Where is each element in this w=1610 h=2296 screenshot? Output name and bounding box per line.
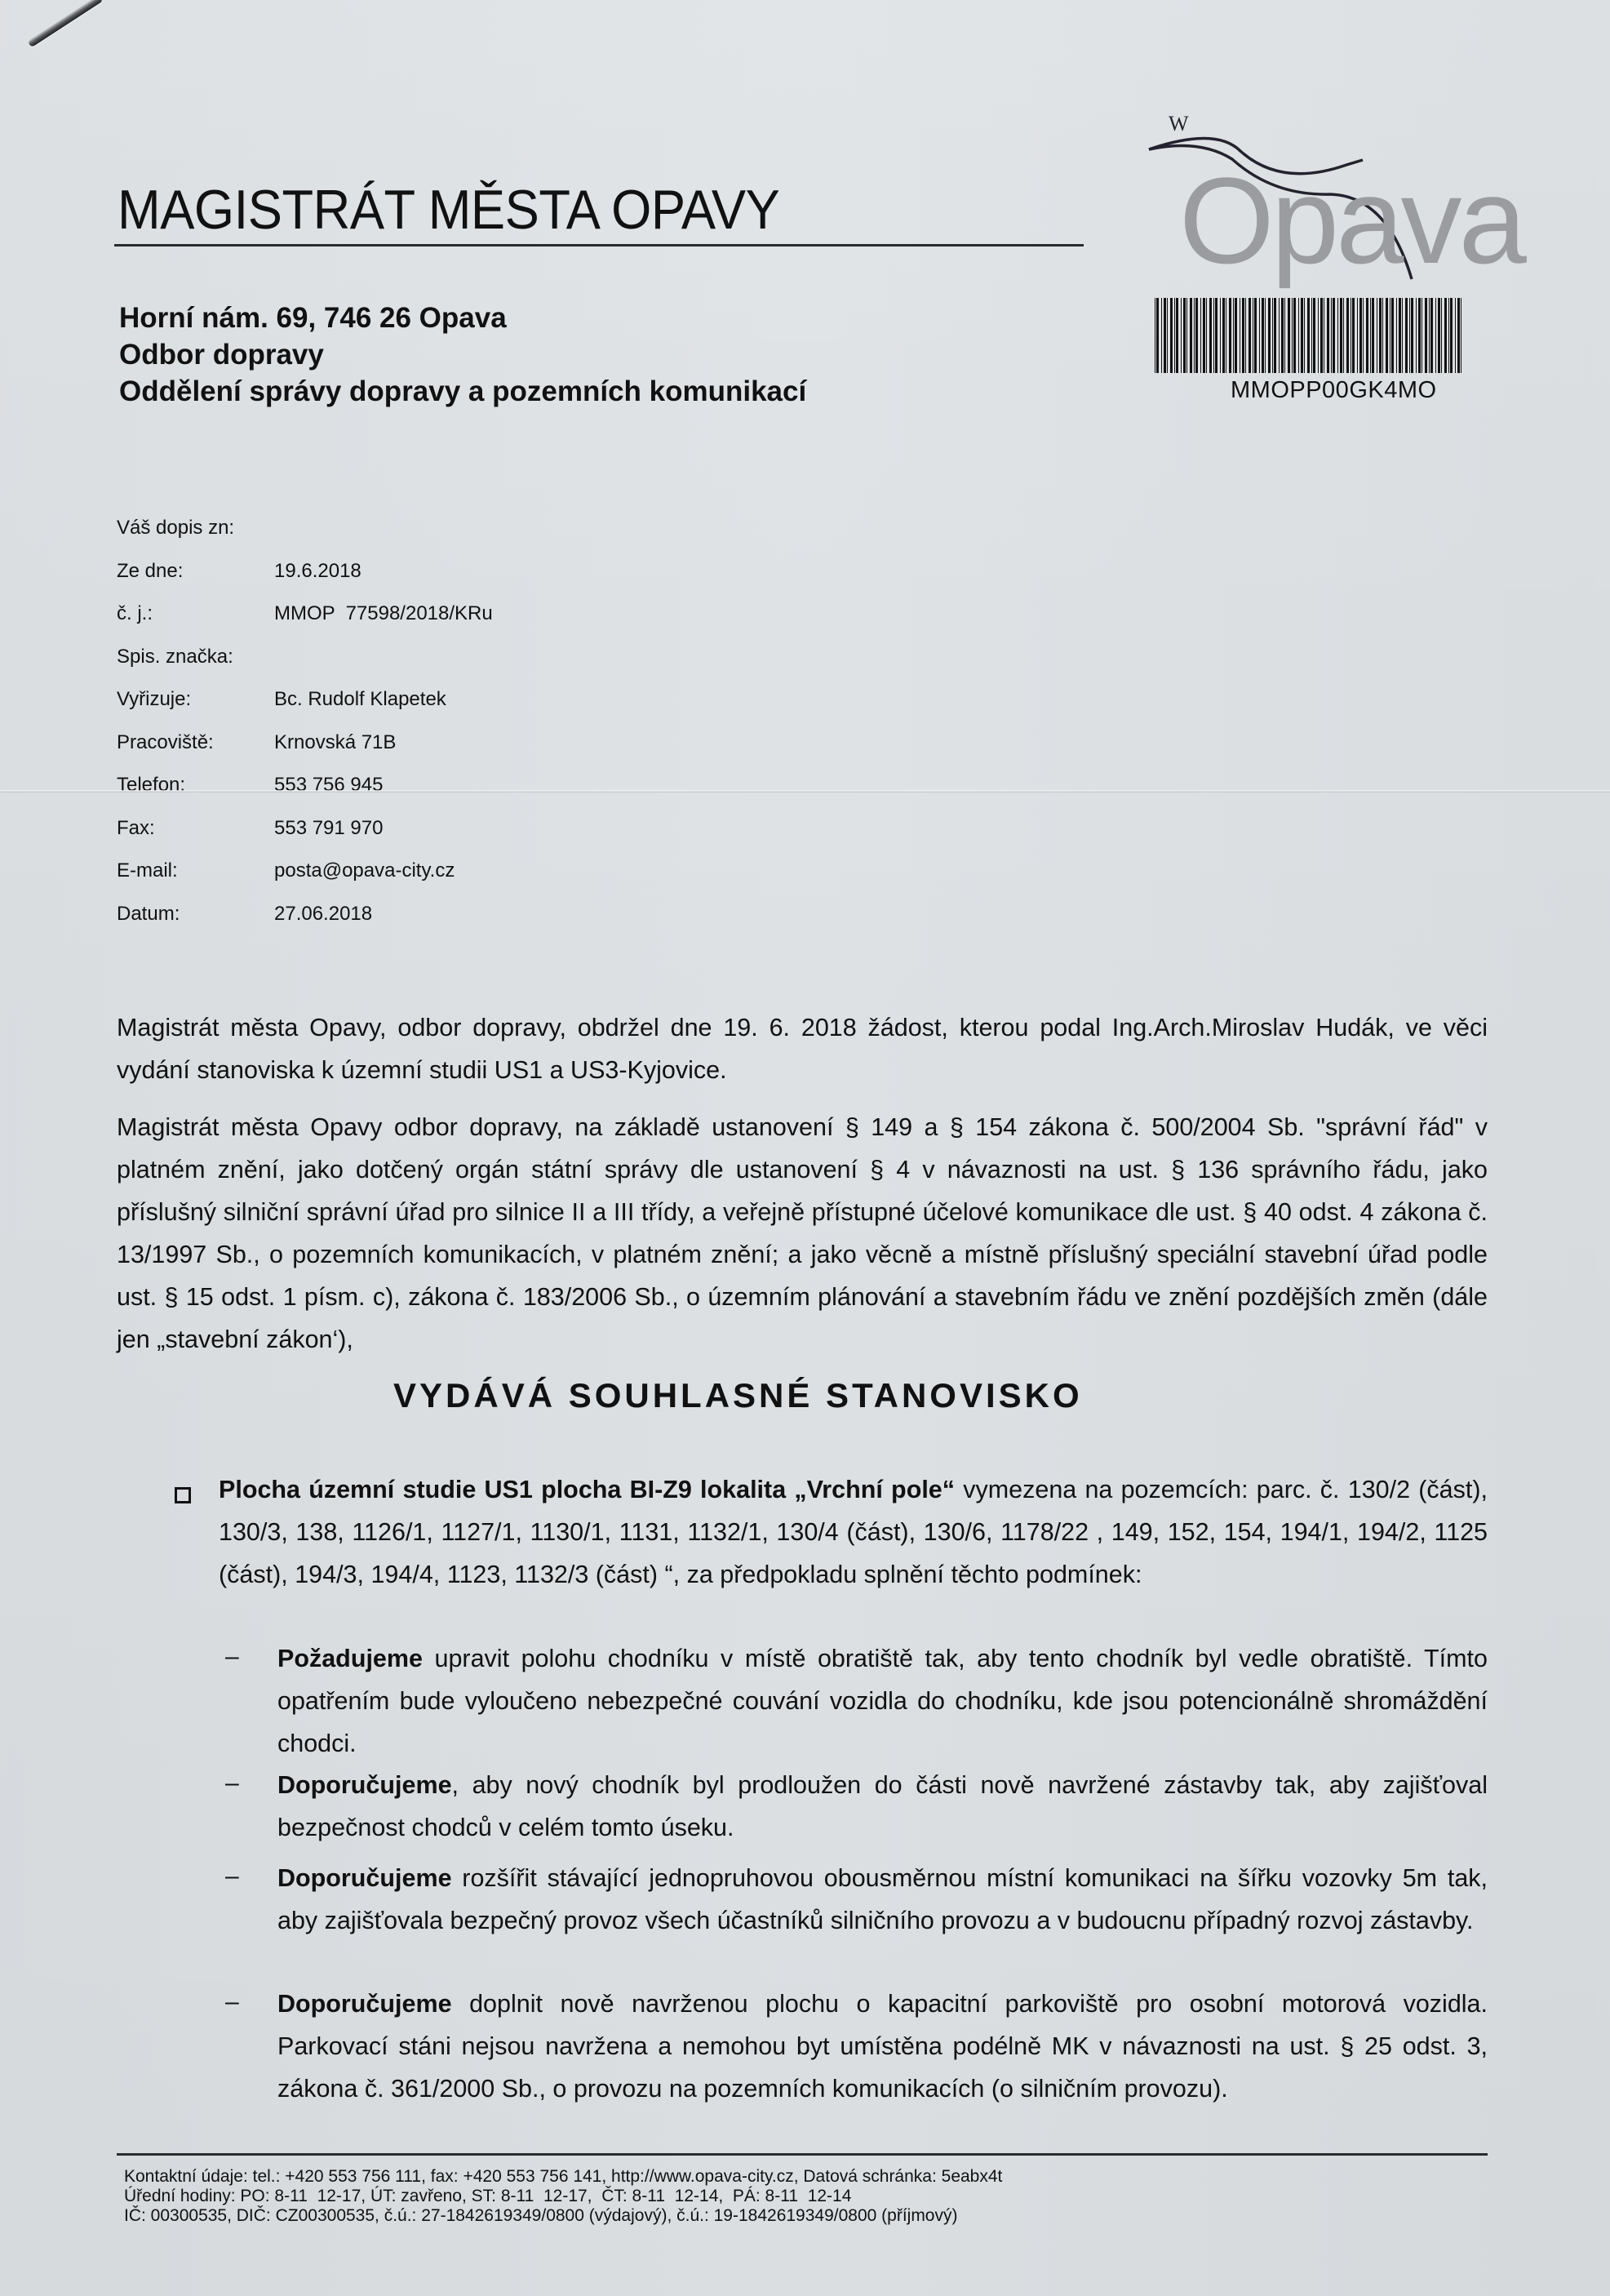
barcode-id: MMOPP00GK4MO	[1231, 377, 1437, 404]
meta-label: Váš dopis zn:	[117, 517, 274, 540]
footer-divider	[117, 2153, 1488, 2156]
meta-value: 553 791 970	[274, 817, 383, 840]
meta-row-date-of-letter: Ze dne:19.6.2018	[117, 560, 493, 603]
meta-label: Pracoviště:	[117, 731, 274, 754]
condition-item: Požadujeme upravit polohu chodníku v mís…	[277, 1637, 1488, 1765]
condition-keyword: Doporučujeme	[277, 1864, 452, 1892]
meta-row-reference-number: č. j.:MMOP 77598/2018/KRu	[117, 602, 493, 646]
meta-row-file-mark: Spis. značka:	[117, 646, 493, 689]
condition-text: rozšířit stávající jednopruhovou obousmě…	[277, 1864, 1488, 1934]
condition-keyword: Doporučujeme	[277, 1771, 452, 1799]
meta-row-phone: Telefon:553 756 945	[117, 774, 493, 817]
condition-item: Doporučujeme, aby nový chodník byl prodl…	[277, 1764, 1488, 1849]
condition-text: upravit polohu chodníku v místě obratišt…	[277, 1645, 1488, 1757]
meta-row-fax: Fax:553 791 970	[117, 817, 493, 860]
meta-label: Telefon:	[117, 774, 274, 797]
meta-label: Datum:	[117, 903, 274, 926]
dash-bullet-icon: –	[225, 1770, 239, 1797]
meta-row-email: E-mail:posta@opava-city.cz	[117, 859, 493, 903]
dash-bullet-icon: –	[225, 1643, 239, 1671]
study-area-title: Plocha územní studie US1 plocha BI-Z9 lo…	[219, 1476, 955, 1503]
meta-label: E-mail:	[117, 859, 274, 882]
paper-fold-crease	[0, 790, 1610, 793]
condition-keyword: Doporučujeme	[277, 1990, 452, 2018]
meta-value: MMOP 77598/2018/KRu	[274, 602, 493, 625]
section-line: Oddělení správy dopravy a pozemních komu…	[119, 373, 806, 410]
address-line: Horní nám. 69, 746 26 Opava	[119, 300, 806, 336]
sender-address: Horní nám. 69, 746 26 Opava Odbor doprav…	[119, 300, 806, 410]
footer-contact-info: Kontaktní údaje: tel.: +420 553 756 111,…	[124, 2167, 1002, 2226]
condition-keyword: Požadujeme	[277, 1645, 423, 1672]
meta-value: 27.06.2018	[274, 903, 372, 926]
meta-value: 19.6.2018	[274, 560, 361, 583]
meta-label: Vyřizuje:	[117, 688, 274, 711]
meta-row-workplace: Pracoviště:Krnovská 71B	[117, 731, 493, 775]
staple-mark	[28, 0, 104, 47]
condition-item: Doporučujeme rozšířit stávající jednopru…	[277, 1857, 1488, 1942]
logo-wordmark: Opava	[1179, 159, 1524, 282]
condition-item: Doporučujeme doplnit nově navrženou ploc…	[277, 1983, 1488, 2110]
meta-row-date: Datum:27.06.2018	[117, 903, 493, 946]
dash-bullet-icon: –	[225, 1863, 239, 1890]
meta-label: Spis. značka:	[117, 646, 274, 668]
meta-value: posta@opava-city.cz	[274, 859, 455, 882]
meta-label: č. j.:	[117, 602, 274, 625]
meta-label: Fax:	[117, 817, 274, 840]
meta-value: Bc. Rudolf Klapetek	[274, 688, 446, 711]
study-area-item: Plocha územní studie US1 plocha BI-Z9 lo…	[219, 1468, 1488, 1596]
footer-office-hours: Úřední hodiny: PO: 8-11 12-17, ÚT: zavře…	[124, 2187, 1002, 2206]
dash-bullet-icon: –	[225, 1988, 239, 2016]
reference-metadata: Váš dopis zn: Ze dne:19.6.2018 č. j.:MMO…	[117, 517, 493, 945]
condition-text: , aby nový chodník byl prodloužen do čás…	[277, 1771, 1488, 1841]
footer-company-ids: IČ: 00300535, DIČ: CZ00300535, č.ú.: 27-…	[124, 2206, 1002, 2226]
intro-paragraph: Magistrát města Opavy, odbor dopravy, ob…	[117, 1006, 1488, 1091]
footer-contacts: Kontaktní údaje: tel.: +420 553 756 111,…	[124, 2167, 1002, 2187]
meta-value: 553 756 945	[274, 774, 383, 797]
decision-heading: VYDÁVÁ SOUHLASNÉ STANOVISKO	[393, 1376, 1083, 1415]
condition-text: doplnit nově navrženou plochu o kapacitn…	[277, 1990, 1488, 2103]
meta-label: Ze dne:	[117, 560, 274, 583]
svg-text:W: W	[1169, 112, 1189, 135]
document-barcode	[1155, 298, 1466, 373]
legal-basis-paragraph: Magistrát města Opavy odbor dopravy, na …	[117, 1106, 1488, 1361]
department-line: Odbor dopravy	[119, 336, 806, 373]
meta-row-handled-by: Vyřizuje:Bc. Rudolf Klapetek	[117, 688, 493, 731]
organization-title: MAGISTRÁT MĚSTA OPAVY	[118, 178, 779, 242]
meta-value: Krnovská 71B	[274, 731, 396, 754]
meta-row-your-ref: Váš dopis zn:	[117, 517, 493, 560]
header-divider	[114, 244, 1084, 246]
checkbox-icon	[175, 1487, 191, 1503]
